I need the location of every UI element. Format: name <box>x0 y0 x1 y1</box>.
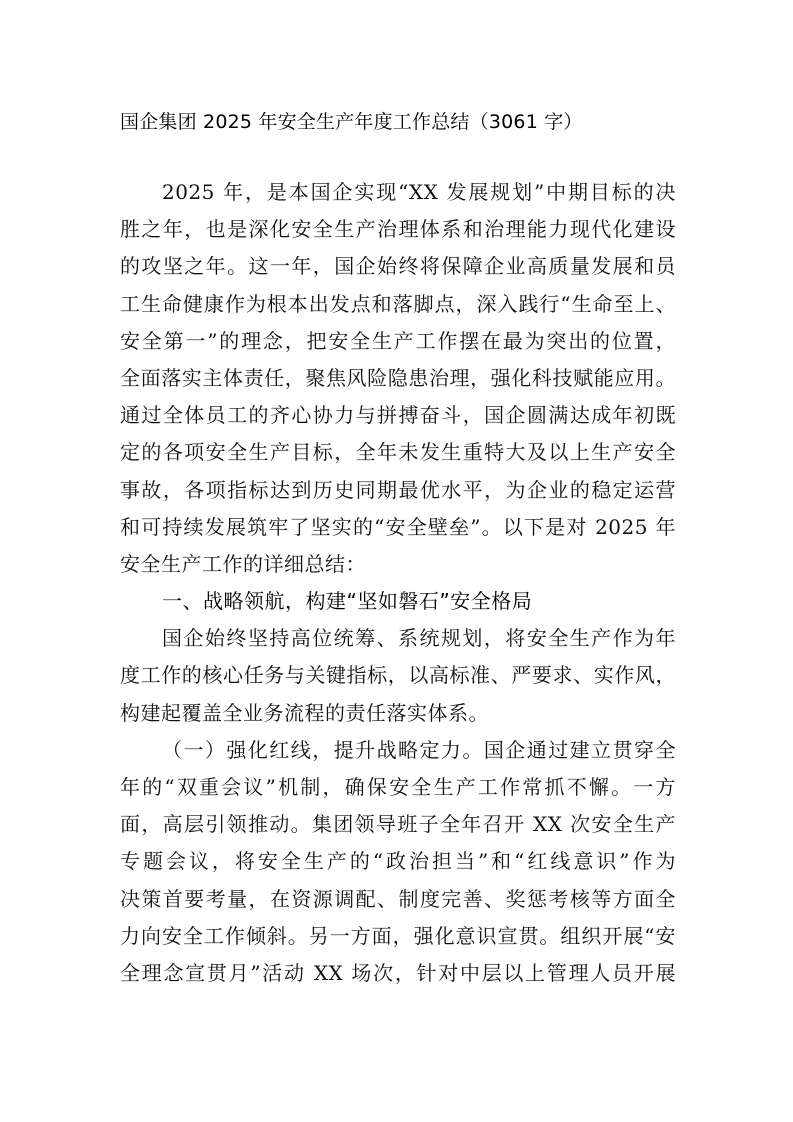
paragraph-line: 事故，各项指标达到历史同期最优水平，为企业的稳定运营 <box>120 472 676 509</box>
document-page: 国企集团 2025 年安全生产年度工作总结（3061 字） 2025 年，是本国… <box>0 0 793 1122</box>
paragraph-line: （一）强化红线，提升战略定力。国企通过建立贯穿全 <box>120 732 676 769</box>
paragraph-line: 面，高层引领推动。集团领导班子全年召开 XX 次安全生产 <box>120 806 676 843</box>
paragraph-line: 力向安全工作倾斜。另一方面，强化意识宣贯。组织开展“安 <box>120 918 676 955</box>
paragraph-line: 2025 年，是本国企实现“XX 发展规划”中期目标的决 <box>120 174 676 211</box>
paragraph-line: 年的“双重会议”机制，确保安全生产工作常抓不懈。一方 <box>120 769 676 806</box>
paragraph-line: 专题会议，将安全生产的“政治担当”和“红线意识”作为 <box>120 843 676 880</box>
paragraph-line: 安全第一”的理念，把安全生产工作摆在最为突出的位置， <box>120 323 676 360</box>
paragraph-line: 国企始终坚持高位统筹、系统规划，将安全生产作为年 <box>120 620 676 657</box>
paragraph-line: 和可持续发展筑牢了坚实的“安全壁垒”。以下是对 2025 年 <box>120 509 676 546</box>
paragraph-line: 构建起覆盖全业务流程的责任落实体系。 <box>120 695 676 732</box>
paragraph-line: 的攻坚之年。这一年，国企始终将保障企业高质量发展和员 <box>120 248 676 285</box>
paragraph-line: 安全生产工作的详细总结： <box>120 546 676 583</box>
section-heading: 一、战略领航，构建“坚如磐石”安全格局 <box>120 583 676 620</box>
paragraph-line: 胜之年，也是深化安全生产治理体系和治理能力现代化建设 <box>120 211 676 248</box>
paragraph-line: 全面落实主体责任，聚焦风险隐患治理，强化科技赋能应用。 <box>120 360 676 397</box>
paragraph-line: 全理念宣贯月”活动 XX 场次，针对中层以上管理人员开展 <box>120 955 676 992</box>
paragraph-line: 工生命健康作为根本出发点和落脚点，深入践行“生命至上、 <box>120 286 676 323</box>
document-title: 国企集团 2025 年安全生产年度工作总结（3061 字） <box>120 108 720 136</box>
paragraph-line: 定的各项安全生产目标，全年未发生重特大及以上生产安全 <box>120 434 676 471</box>
paragraph-line: 通过全体员工的齐心协力与拼搏奋斗，国企圆满达成年初既 <box>120 397 676 434</box>
document-body: 2025 年，是本国企实现“XX 发展规划”中期目标的决胜之年，也是深化安全生产… <box>120 174 676 992</box>
paragraph-line: 度工作的核心任务与关键指标，以高标准、严要求、实作风， <box>120 657 676 694</box>
paragraph-line: 决策首要考量，在资源调配、制度完善、奖惩考核等方面全 <box>120 881 676 918</box>
